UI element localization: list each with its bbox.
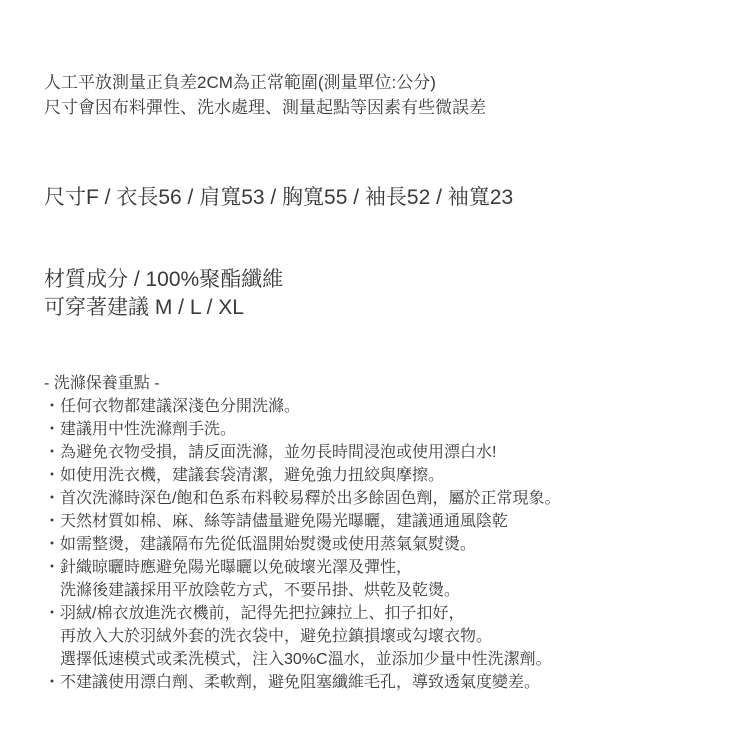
care-line: ・如使用洗衣機，建議套袋清潔，避免強力扭絞與摩擦。 <box>44 464 560 487</box>
material-composition-line: 材質成分 / 100%聚酯纖維 <box>44 266 283 294</box>
care-line: ・針織晾曬時應避免陽光曝曬以免破壞光澤及彈性， <box>44 556 560 579</box>
care-line: ・天然材質如棉、麻、絲等請儘量避免陽光曝曬，建議通通風陰乾 <box>44 510 560 533</box>
care-line: ・如需整燙，建議隔布先從低溫開始熨燙或使用蒸氣氣熨燙。 <box>44 533 560 556</box>
care-line: ・為避免衣物受損，請反面洗滌，並勿長時間浸泡或使用漂白水! <box>44 441 560 464</box>
care-line-continuation: 再放入大於羽絨外套的洗衣袋中，避免拉鎮損壞或勾壞衣物。 <box>44 625 560 648</box>
care-line: ・任何衣物都建議深淺色分開洗滌。 <box>44 395 560 418</box>
measurement-note-line2: 尺寸會因布料彈性、洗水處理、測量起點等因素有些微誤差 <box>44 95 486 120</box>
measurement-note: 人工平放測量正負差2CM為正常範圍(測量單位:公分) 尺寸會因布料彈性、洗水處理… <box>44 70 486 120</box>
care-line: ・不建議使用漂白劑、柔軟劑，避免阻塞纖維毛孔，導致透氣度變差。 <box>44 671 560 694</box>
product-care-info-panel: 人工平放測量正負差2CM為正常範圍(測量單位:公分) 尺寸會因布料彈性、洗水處理… <box>0 0 750 750</box>
care-heading: - 洗滌保養重點 - <box>44 372 560 395</box>
size-spec-line: 尺寸F / 衣長56 / 肩寬53 / 胸寬55 / 袖長52 / 袖寬23 <box>44 184 513 212</box>
care-line-continuation: 選擇低速模式或柔洗模式，注入30%C溫水，並添加少量中性洗潔劑。 <box>44 648 560 671</box>
measurement-note-line1: 人工平放測量正負差2CM為正常範圍(測量單位:公分) <box>44 70 486 95</box>
care-line: ・建議用中性洗滌劑手洗。 <box>44 418 560 441</box>
care-line: ・羽絨/棉衣放進洗衣機前，記得先把拉鍊拉上、扣子扣好， <box>44 602 560 625</box>
fit-suggestion-line: 可穿著建議 M / L / XL <box>44 294 283 322</box>
material-info: 材質成分 / 100%聚酯纖維 可穿著建議 M / L / XL <box>44 266 283 322</box>
care-line-continuation: 洗滌後建議採用平放陰乾方式，不要吊掛、烘乾及乾燙。 <box>44 579 560 602</box>
care-instructions: - 洗滌保養重點 - ・任何衣物都建議深淺色分開洗滌。 ・建議用中性洗滌劑手洗。… <box>44 372 560 694</box>
care-line: ・首次洗滌時深色/飽和色系布料較易釋於出多餘固色劑，屬於正常現象。 <box>44 487 560 510</box>
